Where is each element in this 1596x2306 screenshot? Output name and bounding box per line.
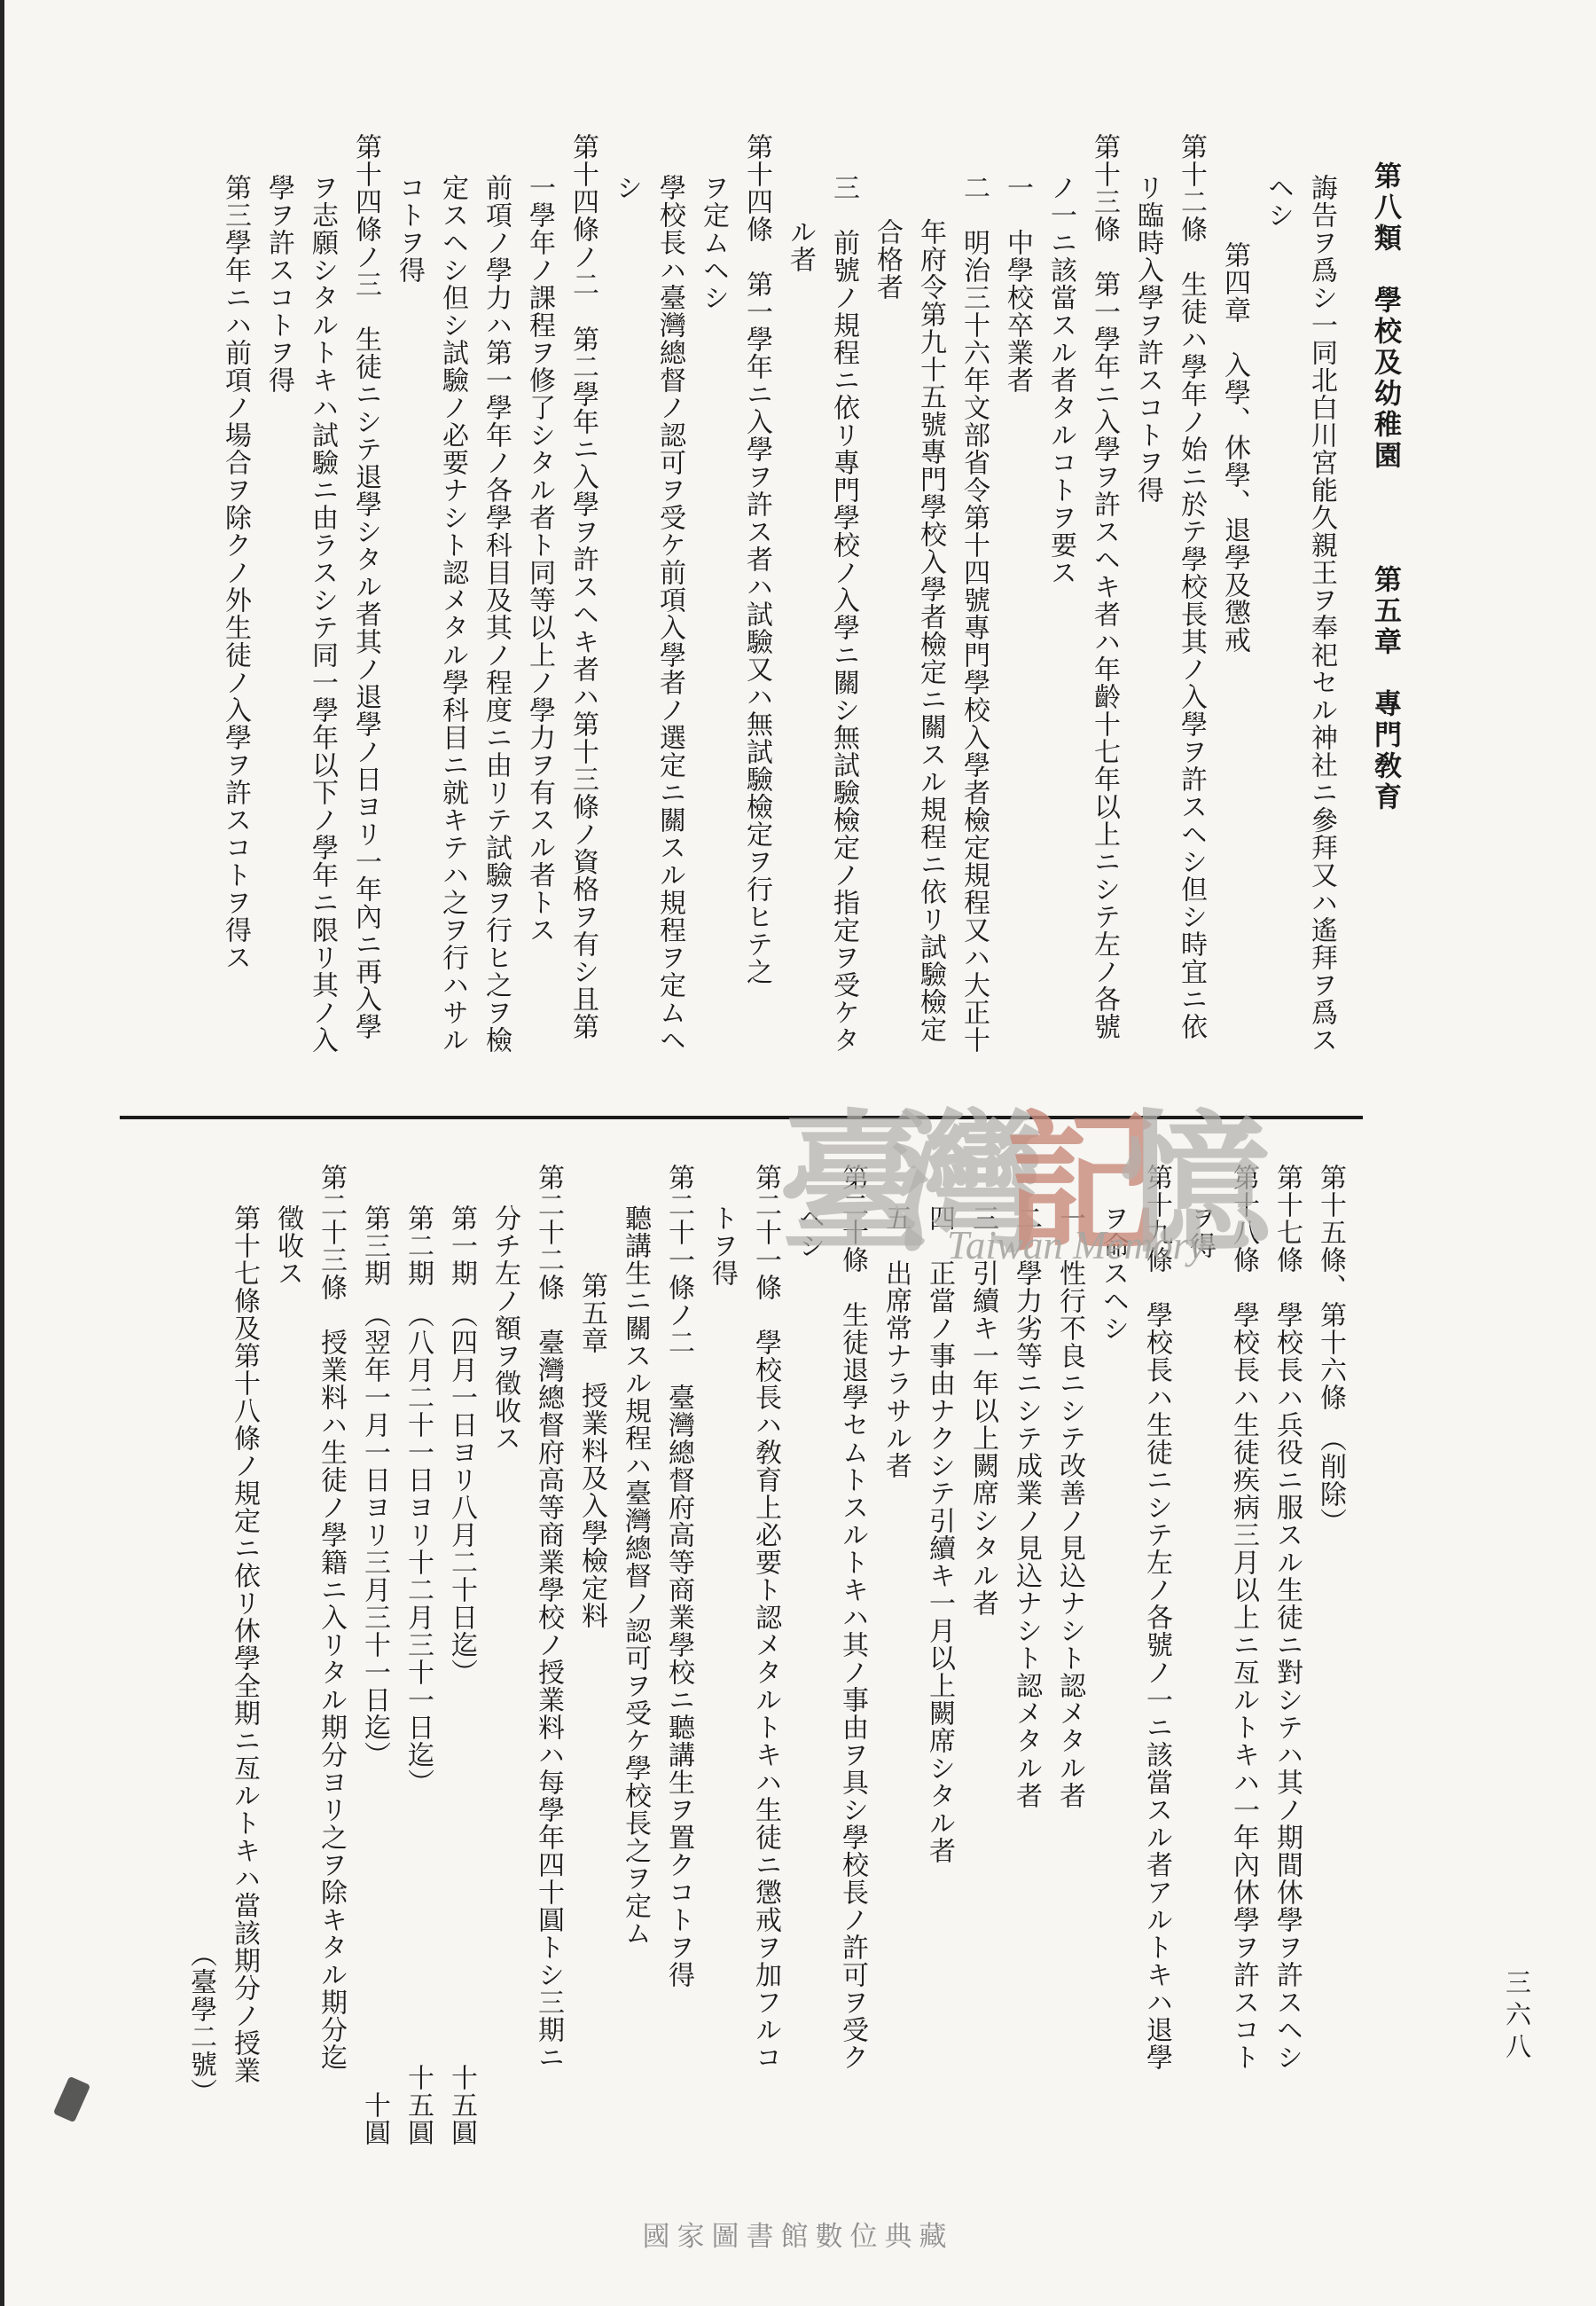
text-column: 第二十三條 授業料ハ生徒ノ學籍ニ入リタル期分ヨリ之ヲ除キタル期分迄 xyxy=(309,1164,353,2106)
text-column: ヘシ xyxy=(787,1164,831,2146)
scan-artifact-mark xyxy=(53,2076,90,2123)
text-column: 聽講生ニ關スル規程ハ臺灣總督ノ認可ヲ受ケ學校長之ヲ定ム xyxy=(614,1164,657,2146)
text-column: 學ヲ許スコトヲ得 xyxy=(257,133,301,1127)
top-text-section: 誨告ヲ爲シ一同北白川宮能久親王ヲ奉祀セル神社ニ參拜又ハ遙拜ヲ爲スヘシ第四章 入學… xyxy=(214,133,1343,1086)
tariff-period-label: 第一期 （四月一日ヨリ八月二十日迄） xyxy=(440,1204,483,1686)
text-column: 合格者 xyxy=(865,133,909,1172)
text-column: ヲ定ムヘシ xyxy=(692,133,735,1127)
text-column: 定スヘシ但シ試驗ノ必要ナシト認メタル學科目ニ就キテハ之ヲ行ハサル xyxy=(431,133,474,1127)
tariff-column: 第一期 （四月一日ヨリ八月二十日迄）十五圓 xyxy=(440,1164,483,2246)
text-column: 第二十一條ノ二 臺灣總督府高等商業學校ニ聽講生ヲ置クコトヲ得 xyxy=(657,1164,700,2106)
text-column: ヲ命スヘシ xyxy=(1091,1164,1135,2146)
text-column: 第十七條及第十八條ノ規定ニ依リ休學全期ニ亙ルトキハ當該期分ノ授業 xyxy=(223,1164,266,2146)
text-column: 一學年ノ課程ヲ修了シタル者ト同等以上ノ學力ヲ有スル者トス xyxy=(518,133,561,1127)
text-column: 第十四條 第一學年ニ入學ヲ許ス者ハ試驗又ハ無試驗檢定ヲ行ヒテ之 xyxy=(735,133,778,1086)
archive-footer-label: 國家圖書館數位典藏 xyxy=(0,2214,1596,2254)
text-column: （臺學二號） xyxy=(179,1164,223,2237)
text-column: 誨告ヲ爲シ一同北白川宮能久親王ヲ奉祀セル神社ニ參拜又ハ遙拜ヲ爲ス xyxy=(1300,133,1343,1127)
text-column: リ臨時入學ヲ許スコトヲ得 xyxy=(1126,133,1170,1127)
tariff-amount: 十圓 xyxy=(353,2091,396,2146)
tariff-amount: 十五圓 xyxy=(396,2064,440,2146)
text-column: 前項ノ學力ハ第一學年ノ各學科目及其ノ程度ニ由リテ試驗ヲ行ヒ之ヲ檢 xyxy=(474,133,518,1127)
text-column: コトヲ得 xyxy=(387,133,431,1127)
scanned-document-page: 第八類 學校及幼稚園 第五章 專門敎育 誨告ヲ爲シ一同北白川宮能久親王ヲ奉祀セル… xyxy=(0,0,1596,2306)
page-number: 三六八 xyxy=(1498,1969,1535,2111)
text-column: 第二十二條 臺灣總督府高等商業學校ノ授業料ハ每學年四十圓トシ三期ニ xyxy=(527,1164,570,2106)
text-column: 第十四條ノ二 第二學年ニ入學ヲ許スヘキ者ハ第十三條ノ資格ヲ有シ且第 xyxy=(561,133,605,1086)
text-column: 年府令第九十五號專門學校入學者檢定ニ關スル規程ニ依リ試驗檢定 xyxy=(909,133,952,1172)
text-column: 第十二條 生徒ハ學年ノ始ニ於テ學校長其ノ入學ヲ許スヘシ但シ時宜ニ依 xyxy=(1170,133,1213,1086)
text-column: 徵收ス xyxy=(266,1164,309,2146)
tariff-column: 第三期 （翌年一月一日ヨリ三月三十一日迄）十圓 xyxy=(353,1164,396,2246)
text-column: ヲ得 xyxy=(1178,1164,1222,2146)
text-column: 第二十一條 學校長ハ敎育上必要ト認メタルトキハ生徒ニ懲戒ヲ加フルコ xyxy=(744,1164,787,2106)
text-column: 二 學力劣等ニシテ成業ノ見込ナシト認メタル者 xyxy=(1005,1164,1048,2146)
text-column: 三 引續キ一年以上闕席シタル者 xyxy=(961,1164,1005,2146)
bottom-text-section: 第十五條、第十六條 （削除）第十七條 學校長ハ兵役ニ服スル生徒ニ對シテハ其ノ期間… xyxy=(179,1164,1352,2106)
text-column: 二 明治三十六年文部省令第十四號專門學校入學者檢定規程又ハ大正十 xyxy=(952,133,996,1127)
text-column: 第十九條 學校長ハ生徒ニシテ左ノ各號ノ一ニ該當スル者アルトキハ退學 xyxy=(1135,1164,1178,2106)
text-column: 第四章 入學、休學、退學及懲戒 xyxy=(1213,133,1256,1195)
text-column: ヘシ xyxy=(1256,133,1300,1127)
text-column: ノ一ニ該當スル者タルコトヲ要ス xyxy=(1039,133,1083,1127)
text-column: 一 中學校卒業者 xyxy=(996,133,1039,1127)
text-column: ヲ志願シタルトキハ試驗ニ由ラスシテ同一學年以下ノ學年ニ限リ其ノ入 xyxy=(301,133,344,1127)
section-divider-rule xyxy=(120,1116,1363,1119)
text-column: トヲ得 xyxy=(700,1164,744,2146)
text-column: 第十五條、第十六條 （削除） xyxy=(1309,1164,1352,2106)
text-column: 第十四條ノ三 生徒ニシテ退學シタル者其ノ退學ノ日ヨリ一年內ニ再入學 xyxy=(344,133,387,1086)
text-column: 第二十條 生徒退學セムトスルトキハ其ノ事由ヲ具シ學校長ノ許可ヲ受ク xyxy=(831,1164,874,2106)
text-column: シ xyxy=(605,133,648,1127)
text-column: 一 性行不良ニシテ改善ノ見込ナシト認メタル者 xyxy=(1048,1164,1091,2146)
text-column: ル者 xyxy=(778,133,822,1172)
scan-edge-shadow xyxy=(0,0,4,2306)
text-column: 第十七條 學校長ハ兵役ニ服スル生徒ニ對シテハ其ノ期間休學ヲ許スヘシ xyxy=(1265,1164,1309,2106)
text-column: 學校長ハ臺灣總督ノ認可ヲ受ケ前項入學者ノ選定ニ關スル規程ヲ定ムヘ xyxy=(648,133,692,1127)
text-column: 分チ左ノ額ヲ徵收ス xyxy=(483,1164,527,2146)
tariff-column: 第二期 （八月二十一日ヨリ十二月三十一日迄）十五圓 xyxy=(396,1164,440,2246)
text-column: 四 正當ノ事由ナクシテ引續キ一月以上闕席シタル者 xyxy=(918,1164,961,2146)
text-column: 第十八條 學校長ハ生徒疾病三月以上ニ亙ルトキハ一年內休學ヲ許スコト xyxy=(1222,1164,1265,2106)
tariff-period-label: 第二期 （八月二十一日ヨリ十二月三十一日迄） xyxy=(396,1204,440,1796)
text-column: 五 出席常ナラサル者 xyxy=(874,1164,918,2146)
page-header: 第八類 學校及幼稚園 第五章 專門敎育 xyxy=(1365,161,1405,1004)
text-column: 第三學年ニハ前項ノ場合ヲ除クノ外生徒ノ入學ヲ許スコトヲ得ス xyxy=(214,133,257,1127)
text-column: 三 前號ノ規程ニ依リ專門學校ノ入學ニ關シ無試驗檢定ノ指定ヲ受ケタ xyxy=(822,133,865,1127)
tariff-amount: 十五圓 xyxy=(440,2064,483,2146)
text-column: 第十三條 第一學年ニ入學ヲ許スヘキ者ハ年齡十七年以上ニシテ左ノ各號 xyxy=(1083,133,1126,1086)
tariff-period-label: 第三期 （翌年一月一日ヨリ三月三十一日迄） xyxy=(353,1204,396,1769)
text-column: 第五章 授業料及入學檢定料 xyxy=(570,1164,614,2214)
